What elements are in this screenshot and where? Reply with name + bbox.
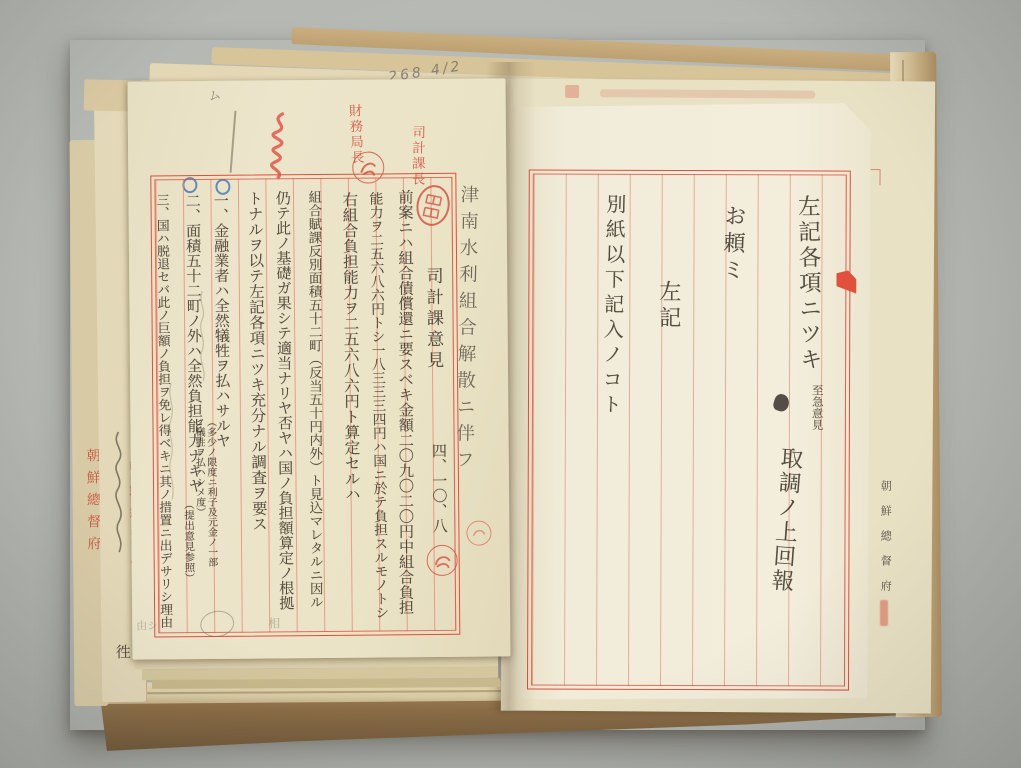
red-ink-scribble xyxy=(260,110,299,182)
footer-pencil-a: 由シ xyxy=(136,617,158,633)
memo-line-1-insert: 至急意見 xyxy=(811,384,823,430)
pencil-check-mark: ム xyxy=(204,87,220,103)
body-column-5: 仍テ此ノ基礎ガ果シテ適当ナリヤ否ヤハ国ノ負担額算定ノ根拠 xyxy=(274,190,293,610)
footer-pencil-b: 相 xyxy=(268,614,280,631)
photograph-stage: 268 4/2 朝鮮總督府 朝鮮總督府 左記各項ニツキ 至急意見 取調ノ上回報 … xyxy=(0,0,1021,768)
body-column-4: 組合賦課反別面積五十二町（反当五十円内外）ト見込マレタルニ因ル xyxy=(306,190,321,609)
heading-column: 司計課意見 xyxy=(423,267,441,372)
faded-stamp-strip xyxy=(600,89,815,99)
date-column: 四、一〇、八 xyxy=(431,443,447,533)
left-under-sheet-edge-3 xyxy=(152,678,500,689)
right-page: 左記各項ニツキ 至急意見 取調ノ上回報 お頼ミ 左記 別紙以下記入ノコト xyxy=(505,99,871,700)
right-edge-print-black: 朝鮮總督府 xyxy=(880,480,891,605)
item-2-note: （提出意見参照） xyxy=(183,499,194,583)
edge-character: 徃 xyxy=(114,644,130,659)
item-1-main: 一、金融業者ハ全然犠牲ヲ払ハサルヤ xyxy=(212,193,230,448)
reading-seal-a xyxy=(427,545,458,576)
memo-line-2: お頼ミ xyxy=(719,204,745,286)
right-edge-small-seal xyxy=(880,600,888,626)
edge-handwriting-scribble xyxy=(108,428,130,558)
memo-line-3: 左記 xyxy=(656,280,679,332)
memo-line-4: 別紙以下記入ノコト xyxy=(600,194,625,419)
left-page: ム 財務局長 司計課長 津南水利組合解散ニ伴フ 司計課意見 四、一〇、八 前案ニ… xyxy=(127,78,510,659)
pencil-slash-mark xyxy=(230,111,237,173)
interlinear-pencil-scribble-2 xyxy=(164,381,179,501)
body-column-6: トナルヲ以テ左記各項ニツキ充分ナル調査ヲ要ス xyxy=(246,190,267,531)
body-column-1: 前案ニハ組合債償還ニ要スベキ金額二〇九〇二〇円中組合負担 xyxy=(397,189,413,615)
reading-seal-b xyxy=(466,521,491,546)
interlinear-pencil-scribble-1 xyxy=(195,289,210,384)
faded-stamp-smear xyxy=(565,85,579,98)
body-column-3: 右組合負担能力ヲ二五六八六円ト算定セルハ xyxy=(340,192,359,502)
memo-line-1: 左記各項ニツキ xyxy=(795,194,820,373)
